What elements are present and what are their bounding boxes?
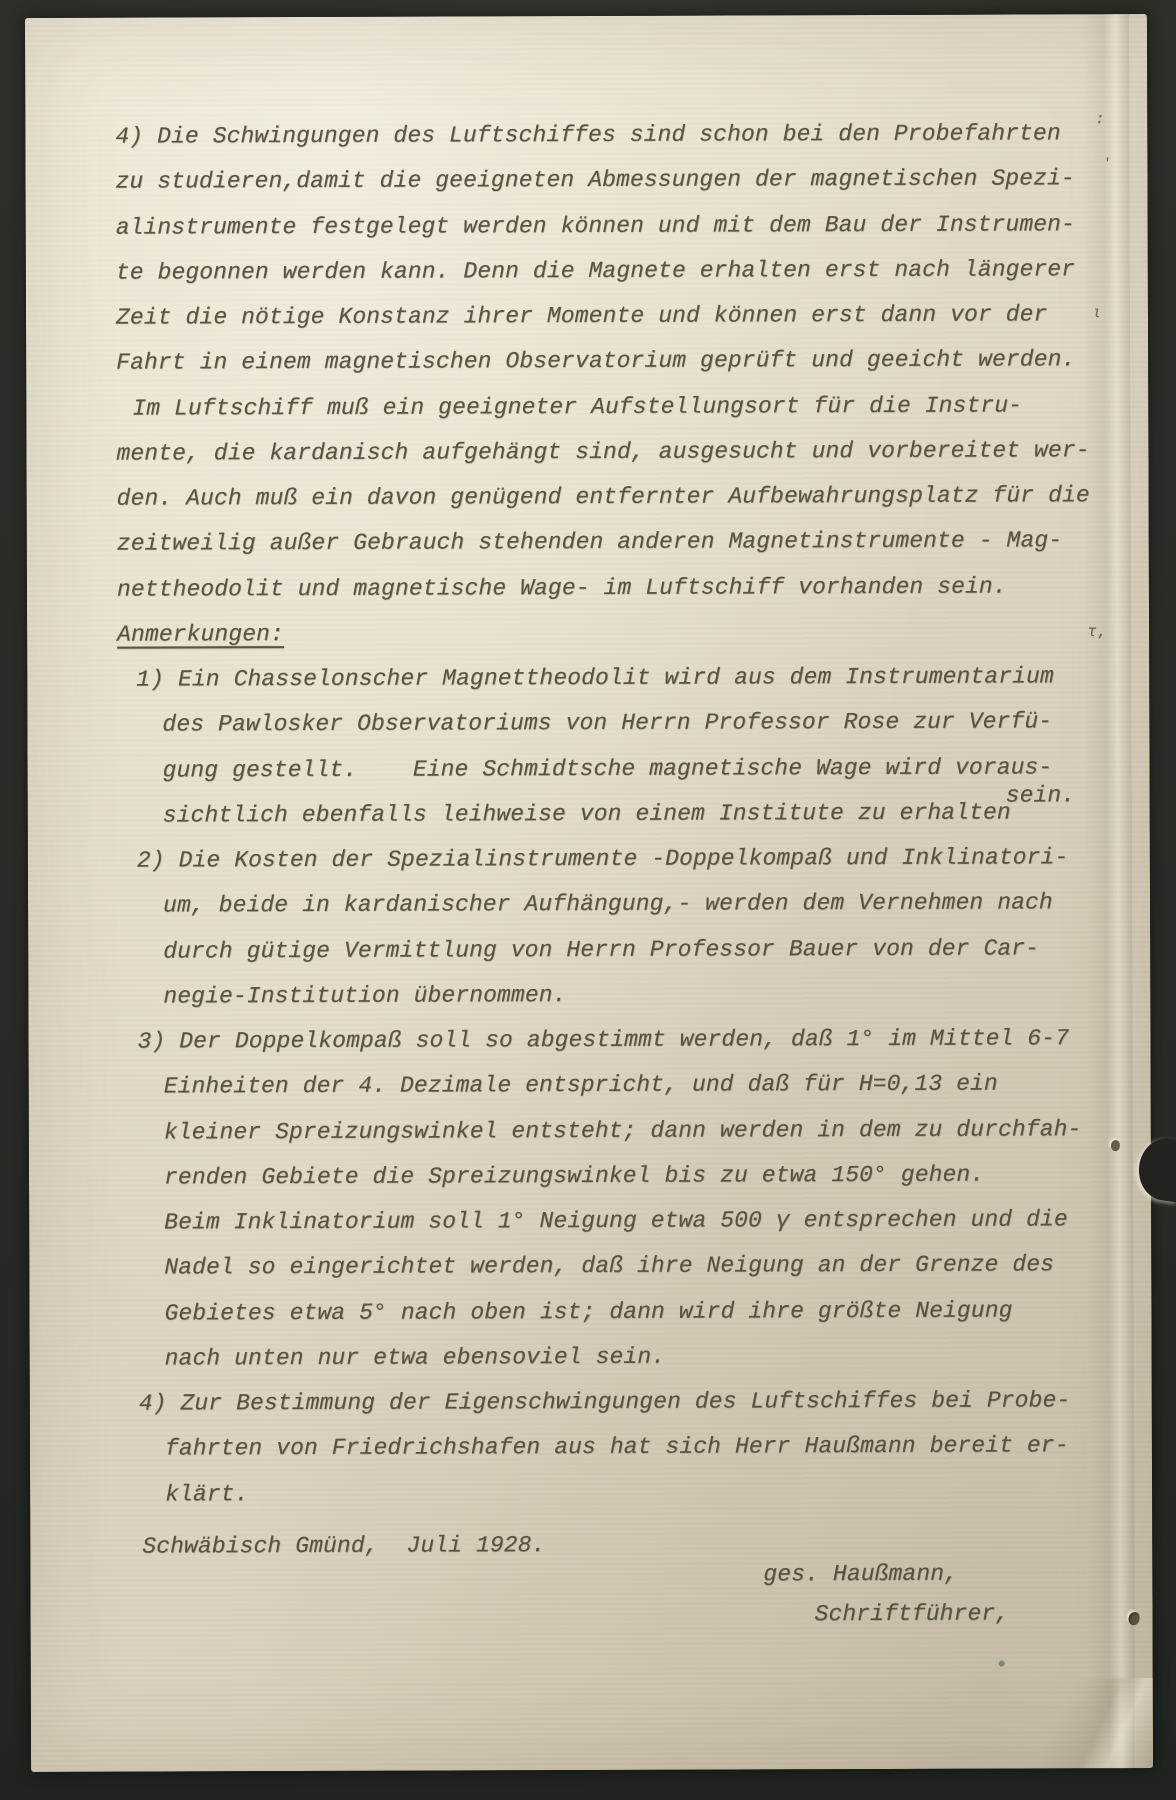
paper-sheet: 4) Die Schwingungen des Luftschiffes sin…	[25, 14, 1153, 1772]
text-line: klärt.	[165, 1472, 249, 1517]
text-line: 1) Ein Chasselonscher Magnettheodolit wi…	[136, 654, 1054, 702]
text-line: 4) Zur Bestimmung der Eigenschwingungen …	[139, 1378, 1071, 1426]
text-line: Einheiten der 4. Dezimale entspricht, un…	[164, 1061, 998, 1109]
text-line: des Pawlosker Observatoriums von Herrn P…	[162, 699, 1052, 747]
text-line: Schriftführer,	[814, 1591, 1009, 1637]
text-line: ges. Haußmann,	[763, 1551, 958, 1597]
text-line: negie-Institution übernommen.	[163, 973, 566, 1019]
text-line: den. Auch muß ein davon genügend entfern…	[117, 473, 1090, 521]
text-line: fahrten von Friedrichshafen aus hat sich…	[165, 1423, 1069, 1471]
ink-specks: :⹁ιτ,	[25, 14, 1147, 18]
text-line: alinstrumente festgelegt werden können u…	[116, 202, 1075, 250]
torn-edge-notch	[1135, 1135, 1176, 1203]
text-line: mente, die kardanisch aufgehängt sind, a…	[116, 428, 1089, 476]
text-line: zu studieren,damit die geeigneten Abmess…	[115, 156, 1074, 204]
paper-hole-small	[1111, 1140, 1120, 1151]
ink-speck: ι	[1092, 304, 1102, 320]
scanned-document-page: 4) Die Schwingungen des Luftschiffes sin…	[0, 0, 1176, 1800]
paper-crease-right	[1083, 14, 1135, 1768]
paper-hole	[1129, 1612, 1140, 1625]
text-line: gung gestellt. Eine Schmidtsche magnetis…	[162, 745, 1052, 793]
text-line: nach unten nur etwa ebensoviel sein.	[165, 1334, 666, 1381]
text-line: um, beide in kardanischer Aufhängung,- w…	[163, 880, 1053, 928]
text-line: Anmerkungen:	[117, 612, 284, 658]
ink-speck: ⹁	[1105, 146, 1109, 162]
text-line: sichtlich ebenfalls leihweise von einem …	[163, 790, 1011, 838]
ink-speck: τ,	[1087, 623, 1106, 639]
text-line: durch gütige Vermittlung von Herrn Profe…	[163, 926, 1039, 974]
text-line: Gebietes etwa 5° nach oben ist; dann wir…	[164, 1288, 1012, 1336]
paper-crease-bottom-right	[933, 1678, 1153, 1769]
text-line: sein.	[1006, 773, 1076, 818]
text-line: Im Luftschiff muß ein geeigneter Aufstel…	[132, 383, 1022, 431]
ink-speck: :	[1095, 110, 1105, 126]
ink-dot	[999, 1661, 1005, 1667]
text-line: kleiner Spreizungswinkel entsteht; dann …	[164, 1107, 1082, 1155]
text-line: 2) Die Kosten der Spezialinstrumente -Do…	[137, 835, 1069, 883]
text-line: Beim Inklinatorium soll 1° Neigung etwa …	[164, 1197, 1068, 1245]
document-text: 4) Die Schwingungen des Luftschiffes sin…	[25, 14, 1147, 18]
text-line: te begonnen werden kann. Denn die Magnet…	[116, 247, 1075, 295]
text-line: nettheodolit und magnetische Wage- im Lu…	[117, 564, 1007, 612]
text-line: 4) Die Schwingungen des Luftschiffes sin…	[115, 111, 1061, 159]
text-line: zeitweilig außer Gebrauch stehenden ande…	[117, 518, 1063, 566]
text-line: Nadel so eingerichtet werden, daß ihre N…	[164, 1242, 1054, 1290]
text-line: Schwäbisch Gmünd, Juli 1928.	[142, 1523, 545, 1569]
text-line: Zeit die nötige Konstanz ihrer Momente u…	[116, 292, 1048, 340]
text-line: renden Gebiete die Spreizungswinkel bis …	[164, 1152, 984, 1200]
text-line: Fahrt in einem magnetischen Observatoriu…	[116, 337, 1075, 385]
text-line: 3) Der Doppelkompaß soll so abgestimmt w…	[137, 1016, 1069, 1064]
